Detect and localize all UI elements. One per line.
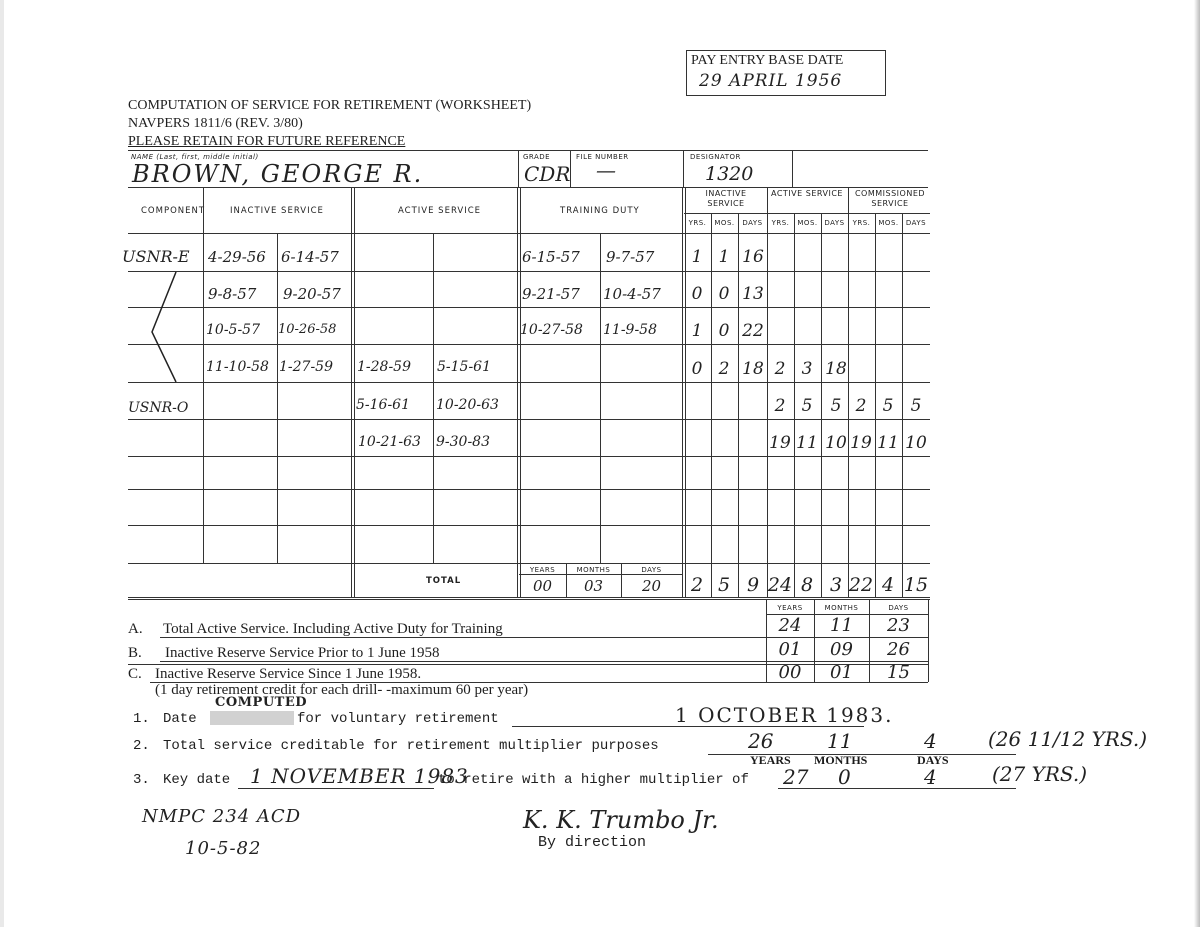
total-inactive-days: 9 bbox=[740, 574, 766, 596]
inactive-days-cell: 22 bbox=[740, 321, 766, 341]
higher-multiplier-note: (27 YRS.) bbox=[992, 762, 1087, 786]
summary-months-value: 11 bbox=[814, 615, 869, 636]
sub-mos: MOS. bbox=[875, 219, 902, 227]
active-from-cell: 5-16-61 bbox=[356, 397, 410, 413]
sub-yrs: YRS. bbox=[767, 219, 794, 227]
inactive-yrs-cell: 1 bbox=[684, 247, 710, 267]
summary-letter: C. bbox=[128, 666, 142, 683]
active-from-cell: 10-21-63 bbox=[358, 434, 421, 450]
active-yrs-cell: 19 bbox=[767, 433, 793, 453]
col-commissioned-service: COMMISSIONED SERVICE bbox=[848, 189, 932, 209]
creditable-years: 26 bbox=[748, 729, 773, 753]
training-to-cell: 10-4-57 bbox=[603, 285, 661, 303]
commissioned-mos-cell: 5 bbox=[875, 396, 901, 416]
inactive-mos-cell: 0 bbox=[711, 321, 737, 341]
inactive-days-cell: 18 bbox=[740, 359, 766, 379]
name-value: BROWN, GEORGE R. bbox=[132, 160, 423, 188]
pay-entry-base-date-value: 29 APRIL 1956 bbox=[699, 71, 842, 91]
training-from-cell: 6-15-57 bbox=[522, 248, 580, 266]
active-to-cell: 5-15-61 bbox=[437, 359, 491, 375]
bracket-icon bbox=[140, 270, 190, 390]
total-active-days: 3 bbox=[823, 574, 849, 596]
total-inactive-yrs: 2 bbox=[684, 574, 710, 596]
sub-mos: MOS. bbox=[711, 219, 738, 227]
inactive-to-cell: 6-14-57 bbox=[281, 248, 339, 266]
summary-months-label: MONTHS bbox=[814, 604, 869, 612]
sub-days: DAYS bbox=[902, 219, 930, 227]
active-mos-cell: 11 bbox=[794, 433, 820, 453]
commissioned-yrs-cell: 2 bbox=[848, 396, 874, 416]
active-to-cell: 10-20-63 bbox=[436, 397, 499, 413]
commissioned-mos-cell: 11 bbox=[875, 433, 901, 453]
active-mos-cell: 5 bbox=[794, 396, 820, 416]
total-training-years: 00 bbox=[519, 577, 566, 595]
signature-caption: By direction bbox=[538, 834, 646, 851]
summary-note: (1 day retirement credit for each drill-… bbox=[155, 682, 528, 699]
item-number: 2. bbox=[133, 738, 150, 754]
summary-years-label: YEARS bbox=[766, 604, 814, 612]
summary-months-value: 01 bbox=[814, 662, 869, 683]
voluntary-retirement-date: 1 OCTOBER 1983. bbox=[675, 703, 894, 727]
item-suffix: to retire with a higher multiplier of bbox=[438, 772, 749, 788]
total-inactive-mos: 5 bbox=[711, 574, 737, 596]
form-title: COMPUTATION OF SERVICE FOR RETIREMENT (W… bbox=[128, 98, 531, 114]
inactive-to-cell: 1-27-59 bbox=[279, 359, 333, 375]
training-from-cell: 10-27-58 bbox=[520, 322, 583, 338]
routing-date: 10-5-82 bbox=[185, 838, 261, 859]
inactive-mos-cell: 1 bbox=[711, 247, 737, 267]
col-training-duty: TRAINING DUTY bbox=[560, 206, 640, 216]
summary-years-value: 01 bbox=[766, 639, 814, 660]
total-commissioned-yrs: 22 bbox=[848, 574, 874, 596]
inactive-mos-cell: 0 bbox=[711, 284, 737, 304]
summary-text: Total Active Service. Including Active D… bbox=[163, 621, 503, 638]
grade-value: CDR bbox=[524, 162, 570, 186]
sub-yrs: YRS. bbox=[684, 219, 711, 227]
total-active-mos: 8 bbox=[794, 574, 820, 596]
active-days-cell: 10 bbox=[823, 433, 849, 453]
higher-multiplier-years: 27 bbox=[783, 765, 808, 789]
summary-days-value: 15 bbox=[869, 662, 928, 683]
inactive-from-cell: 9-8-57 bbox=[208, 285, 256, 303]
higher-multiplier-days: 4 bbox=[924, 765, 937, 789]
summary-days-value: 23 bbox=[869, 615, 928, 636]
commissioned-days-cell: 10 bbox=[903, 433, 929, 453]
inactive-yrs-cell: 0 bbox=[684, 359, 710, 379]
key-date: 1 NOVEMBER 1983 bbox=[250, 764, 469, 788]
inactive-yrs-cell: 1 bbox=[684, 321, 710, 341]
active-to-cell: 9-30-83 bbox=[436, 434, 490, 450]
training-to-cell: 11-9-58 bbox=[603, 322, 657, 338]
training-to-cell: 9-7-57 bbox=[606, 248, 654, 266]
summary-days-label: DAYS bbox=[869, 604, 928, 612]
grade-label: GRADE bbox=[523, 153, 550, 161]
routing-stamp: NMPC 234 ACD bbox=[142, 806, 301, 827]
sub-yrs: YRS. bbox=[848, 219, 875, 227]
col-inactive-service-total: INACTIVE SERVICE bbox=[686, 189, 766, 209]
inactive-from-cell: 4-29-56 bbox=[208, 248, 266, 266]
sub-days: DAYS bbox=[738, 219, 767, 227]
col-active-service: ACTIVE SERVICE bbox=[398, 206, 481, 216]
form-number: NAVPERS 1811/6 (REV. 3/80) bbox=[128, 116, 303, 132]
creditable-months: 11 bbox=[827, 729, 852, 753]
active-days-cell: 18 bbox=[823, 359, 849, 379]
total-months-label: MONTHS bbox=[566, 566, 621, 574]
total-training-days: 20 bbox=[621, 577, 682, 595]
designator-label: DESIGNATOR bbox=[690, 153, 741, 161]
sub-days: DAYS bbox=[821, 219, 848, 227]
total-commissioned-days: 15 bbox=[903, 574, 929, 596]
pay-entry-base-date-box: PAY ENTRY BASE DATE 29 APRIL 1956 bbox=[686, 50, 886, 96]
active-mos-cell: 3 bbox=[794, 359, 820, 379]
active-yrs-cell: 2 bbox=[767, 396, 793, 416]
col-inactive-service: INACTIVE SERVICE bbox=[230, 206, 324, 216]
total-years-label: YEARS bbox=[519, 566, 566, 574]
scan-edge-right bbox=[1194, 0, 1200, 927]
item-number: 1. bbox=[133, 711, 150, 727]
item-prefix: Key date bbox=[163, 772, 230, 788]
struck-out-word bbox=[210, 711, 294, 725]
computed-annotation: COMPUTED bbox=[215, 695, 307, 710]
inactive-from-cell: 11-10-58 bbox=[206, 359, 269, 375]
total-days-label: DAYS bbox=[621, 566, 682, 574]
item-suffix: for voluntary retirement bbox=[297, 711, 499, 727]
active-from-cell: 1-28-59 bbox=[357, 359, 411, 375]
pay-entry-base-date-label: PAY ENTRY BASE DATE bbox=[691, 53, 843, 69]
inactive-to-cell: 9-20-57 bbox=[283, 285, 341, 303]
total-label: TOTAL bbox=[426, 576, 461, 586]
inactive-mos-cell: 2 bbox=[711, 359, 737, 379]
higher-multiplier-months: 0 bbox=[838, 765, 851, 789]
summary-months-value: 09 bbox=[814, 639, 869, 660]
creditable-days: 4 bbox=[924, 729, 937, 753]
commissioned-yrs-cell: 19 bbox=[848, 433, 874, 453]
retain-notice: PLEASE RETAIN FOR FUTURE REFERENCE bbox=[128, 134, 405, 150]
inactive-from-cell: 10-5-57 bbox=[206, 322, 260, 338]
component-cell: USNR-O bbox=[128, 400, 188, 416]
summary-days-value: 26 bbox=[869, 639, 928, 660]
sub-mos: MOS. bbox=[794, 219, 821, 227]
col-component: COMPONENT bbox=[141, 206, 205, 216]
active-days-cell: 5 bbox=[823, 396, 849, 416]
item-prefix: Date bbox=[163, 711, 197, 727]
summary-letter: B. bbox=[128, 645, 142, 662]
creditable-note: (26 11/12 YRS.) bbox=[988, 727, 1147, 751]
total-training-months: 03 bbox=[566, 577, 621, 595]
file-number-value: — bbox=[596, 158, 616, 182]
item-number: 3. bbox=[133, 772, 150, 788]
summary-years-value: 24 bbox=[766, 615, 814, 636]
commissioned-days-cell: 5 bbox=[903, 396, 929, 416]
summary-letter: A. bbox=[128, 621, 143, 638]
col-active-service-total: ACTIVE SERVICE bbox=[768, 189, 846, 199]
designator-value: 1320 bbox=[705, 163, 753, 185]
summary-years-value: 00 bbox=[766, 662, 814, 683]
inactive-days-cell: 13 bbox=[740, 284, 766, 304]
component-cell: USNR-E bbox=[122, 247, 190, 266]
signature: K. K. Trumbo Jr. bbox=[523, 806, 719, 834]
total-active-yrs: 24 bbox=[767, 574, 793, 596]
total-commissioned-mos: 4 bbox=[875, 574, 901, 596]
inactive-yrs-cell: 0 bbox=[684, 284, 710, 304]
inactive-to-cell: 10-26-58 bbox=[278, 322, 336, 337]
item-text: Total service creditable for retirement … bbox=[163, 738, 659, 754]
summary-text: Inactive Reserve Service Prior to 1 June… bbox=[165, 645, 440, 662]
training-from-cell: 9-21-57 bbox=[522, 285, 580, 303]
scan-edge-left bbox=[0, 0, 4, 927]
summary-text: Inactive Reserve Service Since 1 June 19… bbox=[155, 666, 421, 683]
active-yrs-cell: 2 bbox=[767, 359, 793, 379]
inactive-days-cell: 16 bbox=[740, 247, 766, 267]
